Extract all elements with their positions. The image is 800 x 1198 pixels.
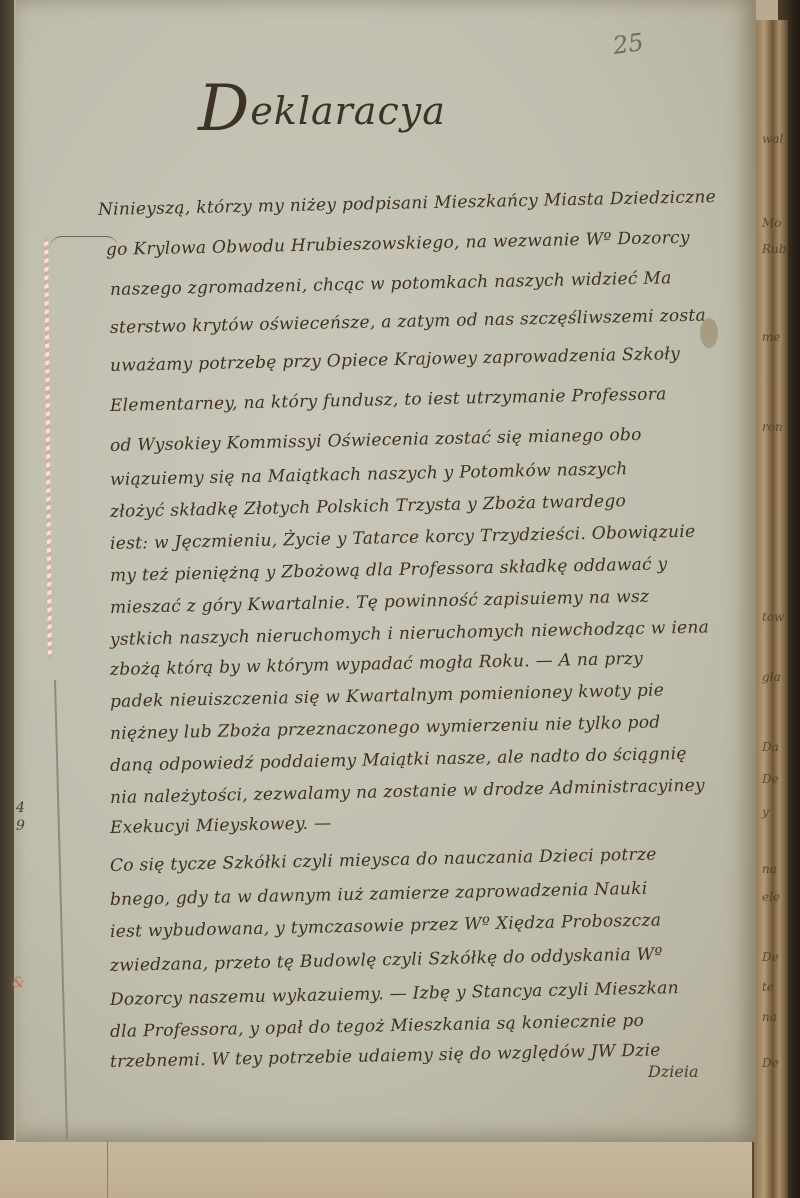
text-line: sterstwo krytów oświeceńsze, a zatym od … — [110, 306, 706, 338]
text-line: iest wybudowana, y tymczasowie przez Wº … — [110, 910, 662, 942]
text-line: niężney lub Zboża przeznaczonego wymierz… — [110, 712, 661, 744]
manuscript-page: 25 Deklaracya Ninieyszą, którzy my niżey… — [16, 0, 756, 1142]
text-line: my też pieniężną y Zbożową dla Professor… — [110, 554, 668, 586]
underlying-sheet — [0, 1140, 800, 1198]
margin-note: 4 — [16, 800, 25, 816]
text-line: padek nieuiszczenia się w Kwartalnym pom… — [110, 680, 665, 712]
text-line: go Krylowa Obwodu Hrubieszowskiego, na w… — [106, 228, 690, 260]
text-line: Exekucyi Mieyskowey. — — [110, 813, 332, 838]
text-line: ystkich naszych nieruchomych i nieruchom… — [110, 617, 710, 650]
text-line: Elementarney, na który fundusz, to iest … — [110, 384, 667, 416]
text-line: złożyć składkę Złotych Polskich Trzysta … — [110, 491, 627, 522]
text-line: wiązuiemy się na Maiątkach naszych y Pot… — [110, 459, 628, 490]
text-line: daną odpowiedź poddaiemy Maiątki nasze, … — [110, 744, 687, 776]
text-line: Ninieyszą, którzy my niżey podpisani Mie… — [98, 187, 716, 220]
text-line: uważamy potrzebę przy Opiece Krajowey za… — [110, 344, 680, 376]
text-line: Co się tycze Szkółki czyli mieysca do na… — [110, 845, 657, 876]
text-line: od Wysokiey Kommissyi Oświecenia zostać … — [110, 425, 642, 456]
text-line: iest: w Jęczmieniu, Życie y Tatarce korc… — [110, 522, 696, 554]
text-line: dla Professora, y opał do tegoż Mieszkan… — [110, 1011, 644, 1042]
text-line: zbożą którą by w którym wypadać mogła Ro… — [110, 649, 644, 680]
text-line: trzebnemi. W tey potrzebie udaiemy się d… — [110, 1040, 661, 1072]
text-line: naszego zgromadzeni, chcąc w potomkach n… — [110, 268, 672, 300]
text-line: Dozorcy naszemu wykazuiemy. — Izbę y Sta… — [110, 978, 679, 1010]
text-line: zwiedzana, przeto tę Budowlę czyli Szkół… — [110, 944, 663, 976]
text-line: nia należytości, zezwalamy na zostanie w… — [110, 776, 705, 808]
margin-note: 9 — [16, 818, 25, 834]
text-line: mieszać z góry Kwartalnie. Tę powinność … — [110, 587, 650, 618]
manuscript-body: Ninieyszą, którzy my niżey podpisani Mie… — [16, 0, 776, 1140]
sheet-crease — [107, 1140, 108, 1198]
binding-shadow-left — [0, 0, 14, 1140]
signature-fragment: Dzieia — [648, 1062, 699, 1081]
text-line: bnego, gdy ta w dawnym iuż zamierze zapr… — [110, 879, 648, 910]
margin-note: & — [12, 975, 24, 991]
